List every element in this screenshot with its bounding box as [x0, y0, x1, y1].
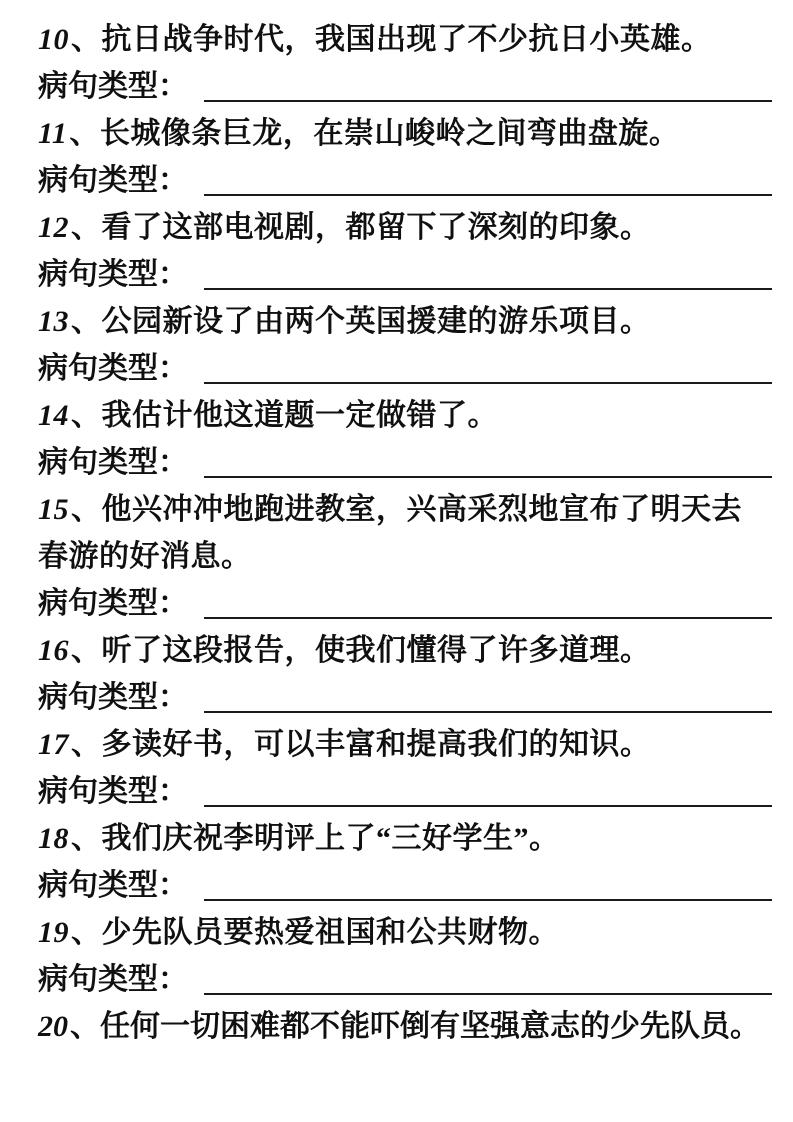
answer-label: 病句类型：: [38, 439, 188, 486]
item-number: 18: [38, 822, 71, 855]
item-number: 17: [38, 728, 71, 761]
exercise-item: 17、多读好书，可以丰富和提高我们的知识。 病句类型：: [38, 721, 773, 815]
answer-row: 病句类型：: [38, 674, 772, 721]
answer-label: 病句类型：: [38, 345, 188, 392]
answer-blank-line: [204, 476, 772, 478]
answer-label: 病句类型：: [38, 251, 188, 298]
item-number-separator: 、: [70, 1010, 100, 1043]
sentence-line: 19、少先队员要热爱祖国和公共财物。: [38, 909, 752, 956]
answer-row: 病句类型：: [38, 251, 772, 298]
exercise-item: 10、抗日战争时代，我国出现了不少抗日小英雄。 病句类型：: [38, 16, 773, 110]
answer-blank-line: [204, 805, 772, 807]
sentence-text: 多读好书，可以丰富和提高我们的知识。: [102, 728, 651, 761]
sentence-text: 抗日战争时代，我国出现了不少抗日小英雄。: [102, 23, 712, 56]
sentence-line: 14、我估计他这道题一定做错了。: [38, 392, 752, 439]
sentence-line: 20、任何一切困难都不能吓倒有坚强意志的少先队员。: [38, 1003, 773, 1050]
answer-row: 病句类型：: [38, 768, 772, 815]
answer-blank-line: [204, 993, 772, 995]
answer-label: 病句类型：: [38, 63, 188, 110]
sentence-line: 18、我们庆祝李明评上了“三好学生”。: [38, 815, 752, 862]
item-number-separator: 、: [71, 493, 102, 526]
answer-blank-line: [204, 194, 772, 196]
sentence-text: 他兴冲冲地跑进教室，兴高采烈地宣布了明天去春游的好消息。: [38, 493, 742, 573]
item-number: 10: [38, 23, 71, 56]
item-number: 12: [38, 211, 71, 244]
sentence-text: 公园新设了由两个英国援建的游乐项目。: [102, 305, 651, 338]
sentence-line: 10、抗日战争时代，我国出现了不少抗日小英雄。: [38, 16, 752, 63]
sentence-text: 看了这部电视剧，都留下了深刻的印象。: [102, 211, 651, 244]
item-number: 14: [38, 399, 71, 432]
item-number-separator: 、: [71, 822, 102, 855]
worksheet-items: 10、抗日战争时代，我国出现了不少抗日小英雄。 病句类型： 11、长城像条巨龙，…: [38, 16, 773, 1050]
answer-row: 病句类型：: [38, 63, 772, 110]
exercise-item: 12、看了这部电视剧，都留下了深刻的印象。 病句类型：: [38, 204, 773, 298]
answer-row: 病句类型：: [38, 345, 772, 392]
answer-row: 病句类型：: [38, 157, 772, 204]
item-number-separator: 、: [71, 399, 102, 432]
answer-blank-line: [204, 100, 772, 102]
sentence-line: 16、听了这段报告，使我们懂得了许多道理。: [38, 627, 752, 674]
item-number: 19: [38, 916, 71, 949]
item-number-separator: 、: [71, 634, 102, 667]
exercise-item: 14、我估计他这道题一定做错了。 病句类型：: [38, 392, 773, 486]
answer-row: 病句类型：: [38, 439, 772, 486]
sentence-text: 我估计他这道题一定做错了。: [102, 399, 499, 432]
exercise-item: 13、公园新设了由两个英国援建的游乐项目。 病句类型：: [38, 298, 773, 392]
item-number: 13: [38, 305, 71, 338]
exercise-item: 15、他兴冲冲地跑进教室，兴高采烈地宣布了明天去春游的好消息。 病句类型：: [38, 486, 773, 627]
answer-blank-line: [204, 382, 772, 384]
sentence-text: 长城像条巨龙，在崇山峻岭之间弯曲盘旋。: [100, 117, 680, 150]
item-number: 11: [38, 117, 69, 150]
exercise-item: 16、听了这段报告，使我们懂得了许多道理。 病句类型：: [38, 627, 773, 721]
answer-blank-line: [204, 617, 772, 619]
answer-row: 病句类型：: [38, 580, 772, 627]
worksheet-page: 10、抗日战争时代，我国出现了不少抗日小英雄。 病句类型： 11、长城像条巨龙，…: [0, 0, 793, 1122]
answer-label: 病句类型：: [38, 862, 188, 909]
answer-label: 病句类型：: [38, 580, 188, 627]
sentence-text: 少先队员要热爱祖国和公共财物。: [102, 916, 560, 949]
sentence-line: 13、公园新设了由两个英国援建的游乐项目。: [38, 298, 752, 345]
item-number-separator: 、: [69, 117, 100, 150]
answer-blank-line: [204, 711, 772, 713]
answer-label: 病句类型：: [38, 157, 188, 204]
item-number-separator: 、: [71, 23, 102, 56]
item-number: 15: [38, 493, 71, 526]
answer-blank-line: [204, 899, 772, 901]
answer-label: 病句类型：: [38, 674, 188, 721]
item-number-separator: 、: [71, 305, 102, 338]
answer-row: 病句类型：: [38, 862, 772, 909]
item-number-separator: 、: [71, 728, 102, 761]
answer-blank-line: [204, 288, 772, 290]
sentence-text: 我们庆祝李明评上了“三好学生”。: [102, 822, 560, 855]
answer-row: 病句类型：: [38, 956, 772, 1003]
item-number: 20: [38, 1010, 70, 1043]
sentence-text: 任何一切困难都不能吓倒有坚强意志的少先队员。: [100, 1010, 760, 1043]
exercise-item: 20、任何一切困难都不能吓倒有坚强意志的少先队员。: [38, 1003, 773, 1050]
item-number-separator: 、: [71, 211, 102, 244]
sentence-line: 12、看了这部电视剧，都留下了深刻的印象。: [38, 204, 752, 251]
sentence-line: 15、他兴冲冲地跑进教室，兴高采烈地宣布了明天去春游的好消息。: [38, 486, 752, 580]
exercise-item: 18、我们庆祝李明评上了“三好学生”。 病句类型：: [38, 815, 773, 909]
answer-label: 病句类型：: [38, 768, 188, 815]
sentence-text: 听了这段报告，使我们懂得了许多道理。: [102, 634, 651, 667]
sentence-line: 11、长城像条巨龙，在崇山峻岭之间弯曲盘旋。: [38, 110, 752, 157]
item-number-separator: 、: [71, 916, 102, 949]
answer-label: 病句类型：: [38, 956, 188, 1003]
item-number: 16: [38, 634, 71, 667]
exercise-item: 11、长城像条巨龙，在崇山峻岭之间弯曲盘旋。 病句类型：: [38, 110, 773, 204]
sentence-line: 17、多读好书，可以丰富和提高我们的知识。: [38, 721, 752, 768]
exercise-item: 19、少先队员要热爱祖国和公共财物。 病句类型：: [38, 909, 773, 1003]
